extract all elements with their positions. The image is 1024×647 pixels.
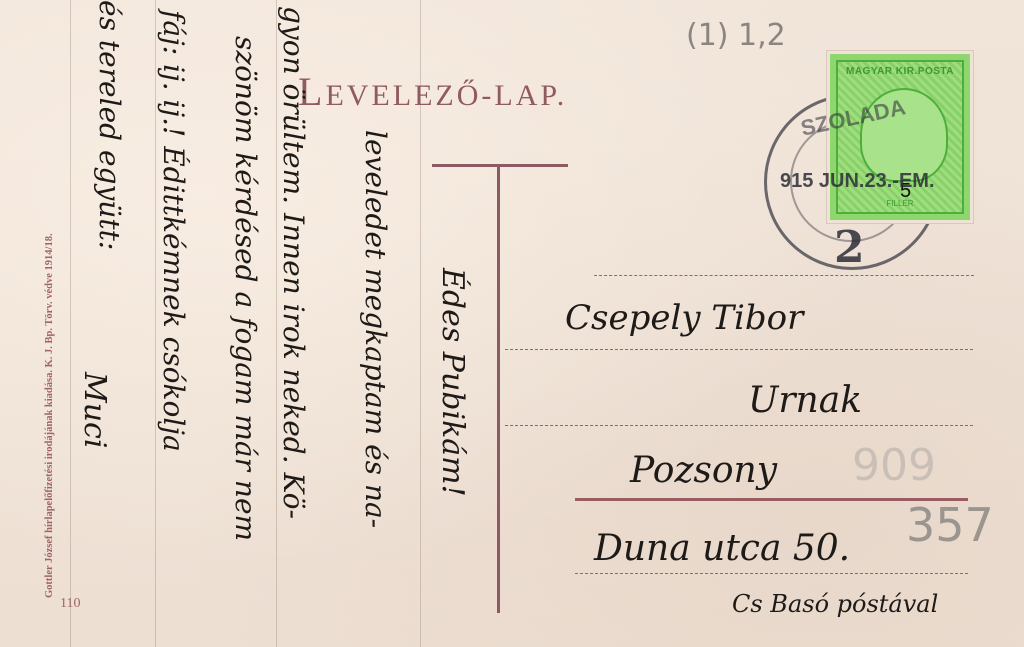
divider-vertical xyxy=(497,166,500,613)
pencil-faint-number: 909 xyxy=(852,440,936,491)
publisher-imprint: Gottler József hírlapelőfizetési irodájá… xyxy=(44,0,64,600)
message-line-3: gyon örültem. Innen irok neked. Kö- xyxy=(277,6,310,519)
message-line-6: és tereled együtt: xyxy=(93,0,126,250)
message-line-1: Édes Pubikám! xyxy=(435,268,470,497)
pencil-catalog-mark: (1) 1,2 xyxy=(686,18,786,53)
stamp-bottom-text: FILLÉR xyxy=(838,199,962,208)
message-line-4: szönöm kérdésed a fogam már nem xyxy=(229,36,262,541)
pencil-lot-number: 357 xyxy=(906,498,994,552)
address-rule-3 xyxy=(505,425,973,426)
address-name: Csepely Tibor xyxy=(565,298,803,338)
address-rule-2 xyxy=(505,349,973,350)
address-title: Urnak xyxy=(748,380,862,421)
address-rule-5 xyxy=(575,573,968,574)
address-rule-1 xyxy=(594,275,974,276)
ruled-line xyxy=(70,0,71,647)
heading-rest: EVELEZŐ-LAP. xyxy=(325,79,567,112)
postcard-heading: LEVELEZŐ-LAP. xyxy=(298,68,567,115)
divider-horizontal xyxy=(432,164,568,167)
message-line-2: leveledet megkaptam és na- xyxy=(359,130,392,528)
message-line-5: fáj: ij. ij.! Édittkémnek csókolja xyxy=(157,10,190,452)
card-number: 110 xyxy=(60,596,80,612)
stamp-top-text: MAGYAR KIR.POSTA xyxy=(838,66,962,77)
address-street: Duna utca 50. xyxy=(594,528,850,569)
ruled-line xyxy=(155,0,156,647)
postmark-date: 915 JUN.23.-EM. xyxy=(780,170,935,193)
address-delivery-note: Cs Basó póstával xyxy=(732,590,938,618)
signature: Muci xyxy=(77,372,112,448)
postmark-numeral: 2 xyxy=(834,222,865,273)
postage-stamp: MAGYAR KIR.POSTA 5 FILLÉR xyxy=(830,54,970,220)
address-city: Pozsony xyxy=(630,450,777,491)
postcard-back: LEVELEZŐ-LAP. Gottler József hírlapelőfi… xyxy=(0,0,1024,647)
publisher-imprint-text: Gottler József hírlapelőfizetési irodájá… xyxy=(44,233,55,598)
